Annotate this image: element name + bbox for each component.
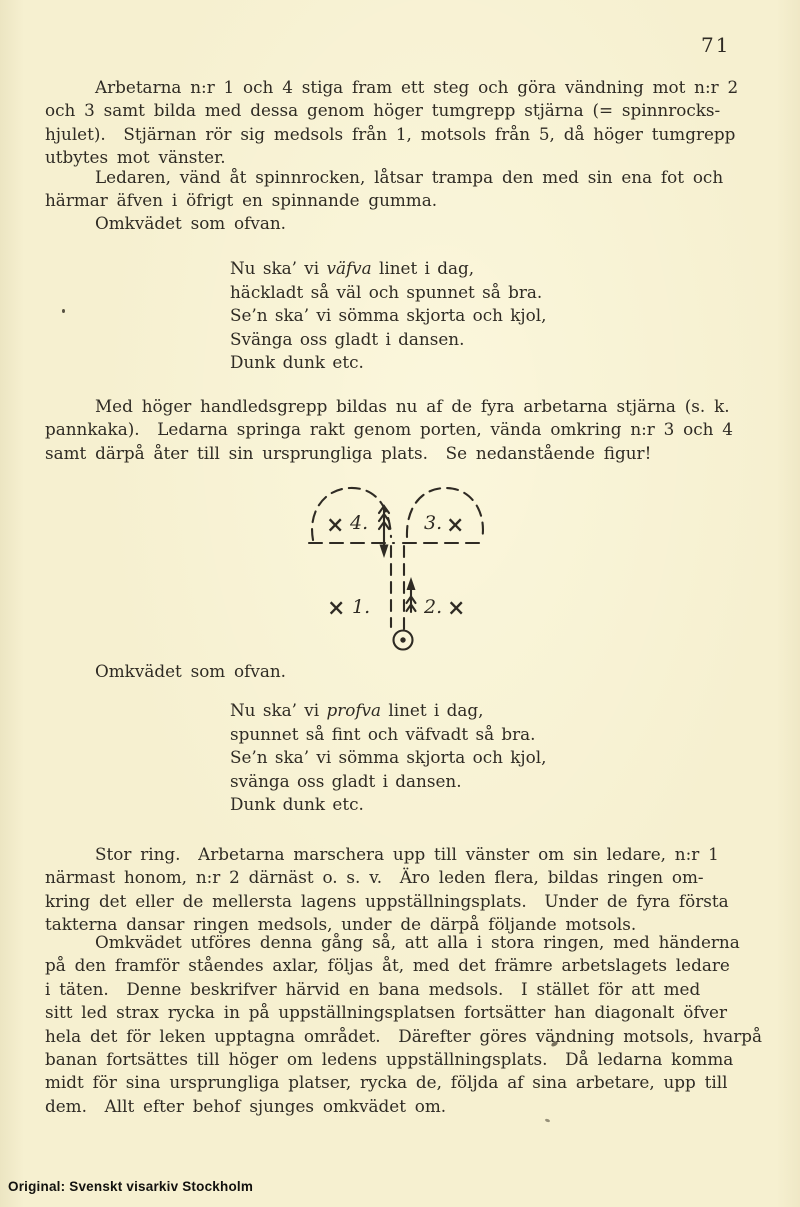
dancer-1-label: 1. (352, 596, 370, 618)
paragraph-omkvadet-utfores: Omkvädet utföres denna gång så, att alla… (45, 931, 761, 1118)
verse-2-line-1: Nu ska’ vi profva linet i dag, (230, 700, 483, 720)
verse-2: Nu ska’ vi profva linet i dag, spunnet s… (230, 699, 660, 817)
dancer-2-label: 2. (423, 596, 442, 618)
archive-caption: Original: Svenskt visarkiv Stockholm (8, 1179, 253, 1194)
paper-speck (62, 309, 65, 313)
verse-text: Nu ska’ vi (230, 700, 326, 720)
paragraph-arbetarna: Arbetarna n:r 1 och 4 stiga fram ett ste… (45, 76, 761, 170)
refrain-line-2: Omkvädet som ofvan. (45, 660, 761, 683)
down-arrow-icon (379, 506, 389, 558)
paragraph-stor-ring: Stor ring. Arbetarna marschera upp till … (45, 843, 761, 937)
dancer-4-label: 4. (349, 512, 368, 534)
scanned-book-page: 71 Arbetarna n:r 1 och 4 stiga fram ett … (0, 0, 800, 1207)
verse-text: Nu ska’ vi (230, 258, 326, 278)
dancer-3-label: 3. (424, 512, 442, 534)
paragraph-ledaren: Ledaren, vänd åt spinnrocken, låtsar tra… (45, 166, 761, 213)
verse-italic-word: profva (326, 700, 381, 720)
dancer-cross-icon: × (447, 595, 465, 621)
paragraph-handledsgrepp: Med höger handledsgrepp bildas nu af de … (45, 395, 761, 465)
page-number: 71 (701, 33, 730, 57)
verse-text: linet i dag, (372, 258, 474, 278)
up-arrow-icon (407, 577, 416, 612)
dancer-cross-icon: × (326, 512, 344, 538)
verse-1-rest: häckladt så väl och spunnet så bra. Se’n… (230, 282, 546, 373)
verse-1: Nu ska’ vi väfva linet i dag, häckladt s… (230, 257, 660, 375)
verse-1-line-1: Nu ska’ vi väfva linet i dag, (230, 258, 474, 278)
verse-text: linet i dag, (381, 700, 483, 720)
dashed-loop-right (407, 488, 483, 540)
dance-formation-figure: × 4. 3. × × 1. 2. × (300, 482, 500, 658)
dancer-cross-icon: × (446, 512, 464, 538)
dancer-cross-icon: × (327, 595, 345, 621)
verse-2-rest: spunnet så fint och väfvadt så bra. Se’n… (230, 724, 546, 815)
dance-formation-svg: × 4. 3. × × 1. 2. × (300, 482, 500, 658)
start-circle-icon (394, 631, 413, 650)
paper-speck (545, 1118, 551, 1123)
refrain-line-1: Omkvädet som ofvan. (45, 212, 761, 235)
verse-italic-word: väfva (326, 258, 371, 278)
